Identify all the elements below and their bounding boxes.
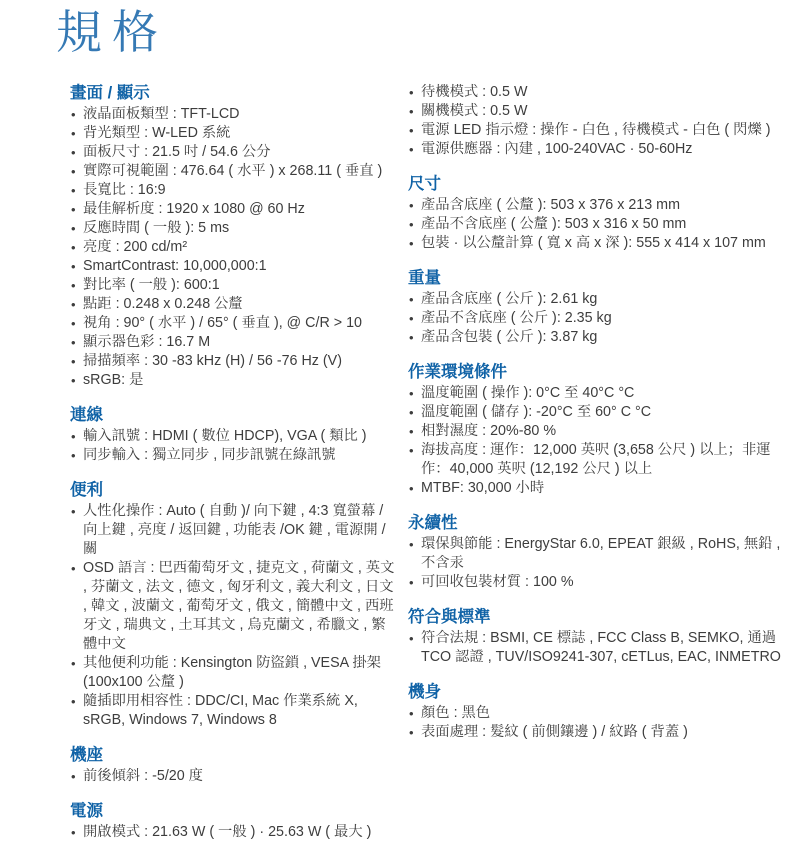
spec-item: 產品含底座 ( 公釐 ): 503 x 376 x 213 mm xyxy=(408,196,792,215)
spec-item: 掃描頻率 : 30 -83 kHz (H) / 56 -76 Hz (V) xyxy=(70,352,396,371)
spec-item: 實際可視範圍 : 476.64 ( 水平 ) x 268.11 ( 垂直 ) xyxy=(70,162,396,181)
spec-item: 亮度 : 200 cd/m² xyxy=(70,238,396,257)
spec-column-right: 待機模式 : 0.5 W關機模式 : 0.5 W電源 LED 指示燈 : 操作 … xyxy=(408,83,792,857)
spec-list: 產品含底座 ( 公斤 ): 2.61 kg產品不含底座 ( 公斤 ): 2.35… xyxy=(408,290,792,347)
spec-item: 產品不含底座 ( 公斤 ): 2.35 kg xyxy=(408,309,792,328)
spec-item: 符合法規 : BSMI, CE 標誌 , FCC Class B, SEMKO,… xyxy=(408,629,792,667)
spec-section-left-0: 畫面 / 顯示液晶面板類型 : TFT-LCD背光類型 : W-LED 系統面板… xyxy=(70,83,396,390)
section-header: 畫面 / 顯示 xyxy=(70,83,396,103)
section-header: 機座 xyxy=(70,745,396,765)
spec-list: 輸入訊號 : HDMI ( 數位 HDCP), VGA ( 類比 )同步輸入 :… xyxy=(70,427,396,465)
spec-list: 開啟模式 : 21.63 W ( 一般 ) · 25.63 W ( 最大 ) xyxy=(70,823,396,842)
spec-item: 產品含底座 ( 公斤 ): 2.61 kg xyxy=(408,290,792,309)
spec-item: 電源 LED 指示燈 : 操作 - 白色 , 待機模式 - 白色 ( 閃爍 ) xyxy=(408,121,792,140)
spec-item: SmartContrast: 10,000,000:1 xyxy=(70,257,396,276)
spec-item: 開啟模式 : 21.63 W ( 一般 ) · 25.63 W ( 最大 ) xyxy=(70,823,396,842)
spec-item: 前後傾斜 : -5/20 度 xyxy=(70,767,396,786)
spec-item: 面板尺寸 : 21.5 吋 / 54.6 公分 xyxy=(70,143,396,162)
spec-section-right-3: 作業環境條件溫度範圍 ( 操作 ): 0°C 至 40°C °C溫度範圍 ( 儲… xyxy=(408,362,792,498)
spec-columns: 畫面 / 顯示液晶面板類型 : TFT-LCD背光類型 : W-LED 系統面板… xyxy=(0,83,800,857)
spec-list: 溫度範圍 ( 操作 ): 0°C 至 40°C °C溫度範圍 ( 儲存 ): -… xyxy=(408,384,792,498)
spec-item: 輸入訊號 : HDMI ( 數位 HDCP), VGA ( 類比 ) xyxy=(70,427,396,446)
section-header: 便利 xyxy=(70,480,396,500)
spec-item: 點距 : 0.248 x 0.248 公釐 xyxy=(70,295,396,314)
spec-list: 人性化操作 : Auto ( 自動 )/ 向下鍵 , 4:3 寬螢幕 / 向上鍵… xyxy=(70,502,396,730)
spec-item: 同步輸入 : 獨立同步 , 同步訊號在綠訊號 xyxy=(70,446,396,465)
section-header: 符合與標準 xyxy=(408,607,792,627)
spec-item: 溫度範圍 ( 操作 ): 0°C 至 40°C °C xyxy=(408,384,792,403)
section-header: 作業環境條件 xyxy=(408,362,792,382)
section-header: 重量 xyxy=(408,268,792,288)
spec-list: 待機模式 : 0.5 W關機模式 : 0.5 W電源 LED 指示燈 : 操作 … xyxy=(408,83,792,159)
spec-item: 長寬比 : 16:9 xyxy=(70,181,396,200)
spec-list: 環保與節能 : EnergyStar 6.0, EPEAT 銀級 , RoHS,… xyxy=(408,535,792,592)
spec-item: 液晶面板類型 : TFT-LCD xyxy=(70,105,396,124)
spec-item: 對比率 ( 一般 ): 600:1 xyxy=(70,276,396,295)
page-title: 規格 xyxy=(56,6,800,59)
spec-section-right-0: 待機模式 : 0.5 W關機模式 : 0.5 W電源 LED 指示燈 : 操作 … xyxy=(408,83,792,159)
spec-item: 環保與節能 : EnergyStar 6.0, EPEAT 銀級 , RoHS,… xyxy=(408,535,792,573)
spec-section-left-3: 機座前後傾斜 : -5/20 度 xyxy=(70,745,396,786)
section-header: 電源 xyxy=(70,801,396,821)
spec-list: 產品含底座 ( 公釐 ): 503 x 376 x 213 mm產品不含底座 (… xyxy=(408,196,792,253)
spec-item: 反應時間 ( 一般 ): 5 ms xyxy=(70,219,396,238)
spec-list: 液晶面板類型 : TFT-LCD背光類型 : W-LED 系統面板尺寸 : 21… xyxy=(70,105,396,390)
spec-item: 可回收包裝材質 : 100 % xyxy=(408,573,792,592)
spec-item: 產品不含底座 ( 公釐 ): 503 x 316 x 50 mm xyxy=(408,215,792,234)
spec-list: 顏色 : 黑色表面處理 : 髮紋 ( 前側鑲邊 ) / 紋路 ( 背蓋 ) xyxy=(408,704,792,742)
spec-item: 背光類型 : W-LED 系統 xyxy=(70,124,396,143)
spec-item: 相對濕度 : 20%-80 % xyxy=(408,422,792,441)
spec-section-right-2: 重量產品含底座 ( 公斤 ): 2.61 kg產品不含底座 ( 公斤 ): 2.… xyxy=(408,268,792,347)
spec-item: sRGB: 是 xyxy=(70,371,396,390)
spec-item: 溫度範圍 ( 儲存 ): -20°C 至 60° C °C xyxy=(408,403,792,422)
spec-item: 表面處理 : 髮紋 ( 前側鑲邊 ) / 紋路 ( 背蓋 ) xyxy=(408,723,792,742)
section-header: 連線 xyxy=(70,405,396,425)
spec-item: 最佳解析度 : 1920 x 1080 @ 60 Hz xyxy=(70,200,396,219)
section-header: 尺寸 xyxy=(408,174,792,194)
spec-item: OSD 語言 : 巴西葡萄牙文 , 捷克文 , 荷蘭文 , 英文 , 芬蘭文 ,… xyxy=(70,559,396,654)
section-header: 機身 xyxy=(408,682,792,702)
spec-item: 待機模式 : 0.5 W xyxy=(408,83,792,102)
spec-item: 電源供應器 : 內建 , 100-240VAC · 50-60Hz xyxy=(408,140,792,159)
spec-section-right-5: 符合與標準符合法規 : BSMI, CE 標誌 , FCC Class B, S… xyxy=(408,607,792,667)
spec-section-left-2: 便利人性化操作 : Auto ( 自動 )/ 向下鍵 , 4:3 寬螢幕 / 向… xyxy=(70,480,396,730)
spec-item: 隨插即用相容性 : DDC/CI, Mac 作業系統 X, sRGB, Wind… xyxy=(70,692,396,730)
spec-item: 產品含包裝 ( 公斤 ): 3.87 kg xyxy=(408,328,792,347)
spec-item: MTBF: 30,000 小時 xyxy=(408,479,792,498)
spec-item: 海拔高度 : 運作：12,000 英呎 (3,658 公尺 ) 以上；非運作：4… xyxy=(408,441,792,479)
spec-list: 前後傾斜 : -5/20 度 xyxy=(70,767,396,786)
spec-column-left: 畫面 / 顯示液晶面板類型 : TFT-LCD背光類型 : W-LED 系統面板… xyxy=(70,83,396,857)
spec-section-left-4: 電源開啟模式 : 21.63 W ( 一般 ) · 25.63 W ( 最大 ) xyxy=(70,801,396,842)
spec-section-left-1: 連線輸入訊號 : HDMI ( 數位 HDCP), VGA ( 類比 )同步輸入… xyxy=(70,405,396,465)
spec-list: 符合法規 : BSMI, CE 標誌 , FCC Class B, SEMKO,… xyxy=(408,629,792,667)
spec-page: 規格 畫面 / 顯示液晶面板類型 : TFT-LCD背光類型 : W-LED 系… xyxy=(0,0,800,861)
section-header: 永續性 xyxy=(408,513,792,533)
spec-item: 包裝 · 以公釐計算 ( 寬 x 高 x 深 ): 555 x 414 x 10… xyxy=(408,234,792,253)
spec-item: 顏色 : 黑色 xyxy=(408,704,792,723)
spec-item: 關機模式 : 0.5 W xyxy=(408,102,792,121)
spec-section-right-1: 尺寸產品含底座 ( 公釐 ): 503 x 376 x 213 mm產品不含底座… xyxy=(408,174,792,253)
spec-section-right-4: 永續性環保與節能 : EnergyStar 6.0, EPEAT 銀級 , Ro… xyxy=(408,513,792,592)
spec-item: 其他便利功能 : Kensington 防盜鎖 , VESA 掛架 (100x1… xyxy=(70,654,396,692)
spec-item: 人性化操作 : Auto ( 自動 )/ 向下鍵 , 4:3 寬螢幕 / 向上鍵… xyxy=(70,502,396,559)
spec-item: 顯示器色彩 : 16.7 M xyxy=(70,333,396,352)
spec-item: 視角 : 90° ( 水平 ) / 65° ( 垂直 ), @ C/R > 10 xyxy=(70,314,396,333)
spec-section-right-6: 機身顏色 : 黑色表面處理 : 髮紋 ( 前側鑲邊 ) / 紋路 ( 背蓋 ) xyxy=(408,682,792,742)
